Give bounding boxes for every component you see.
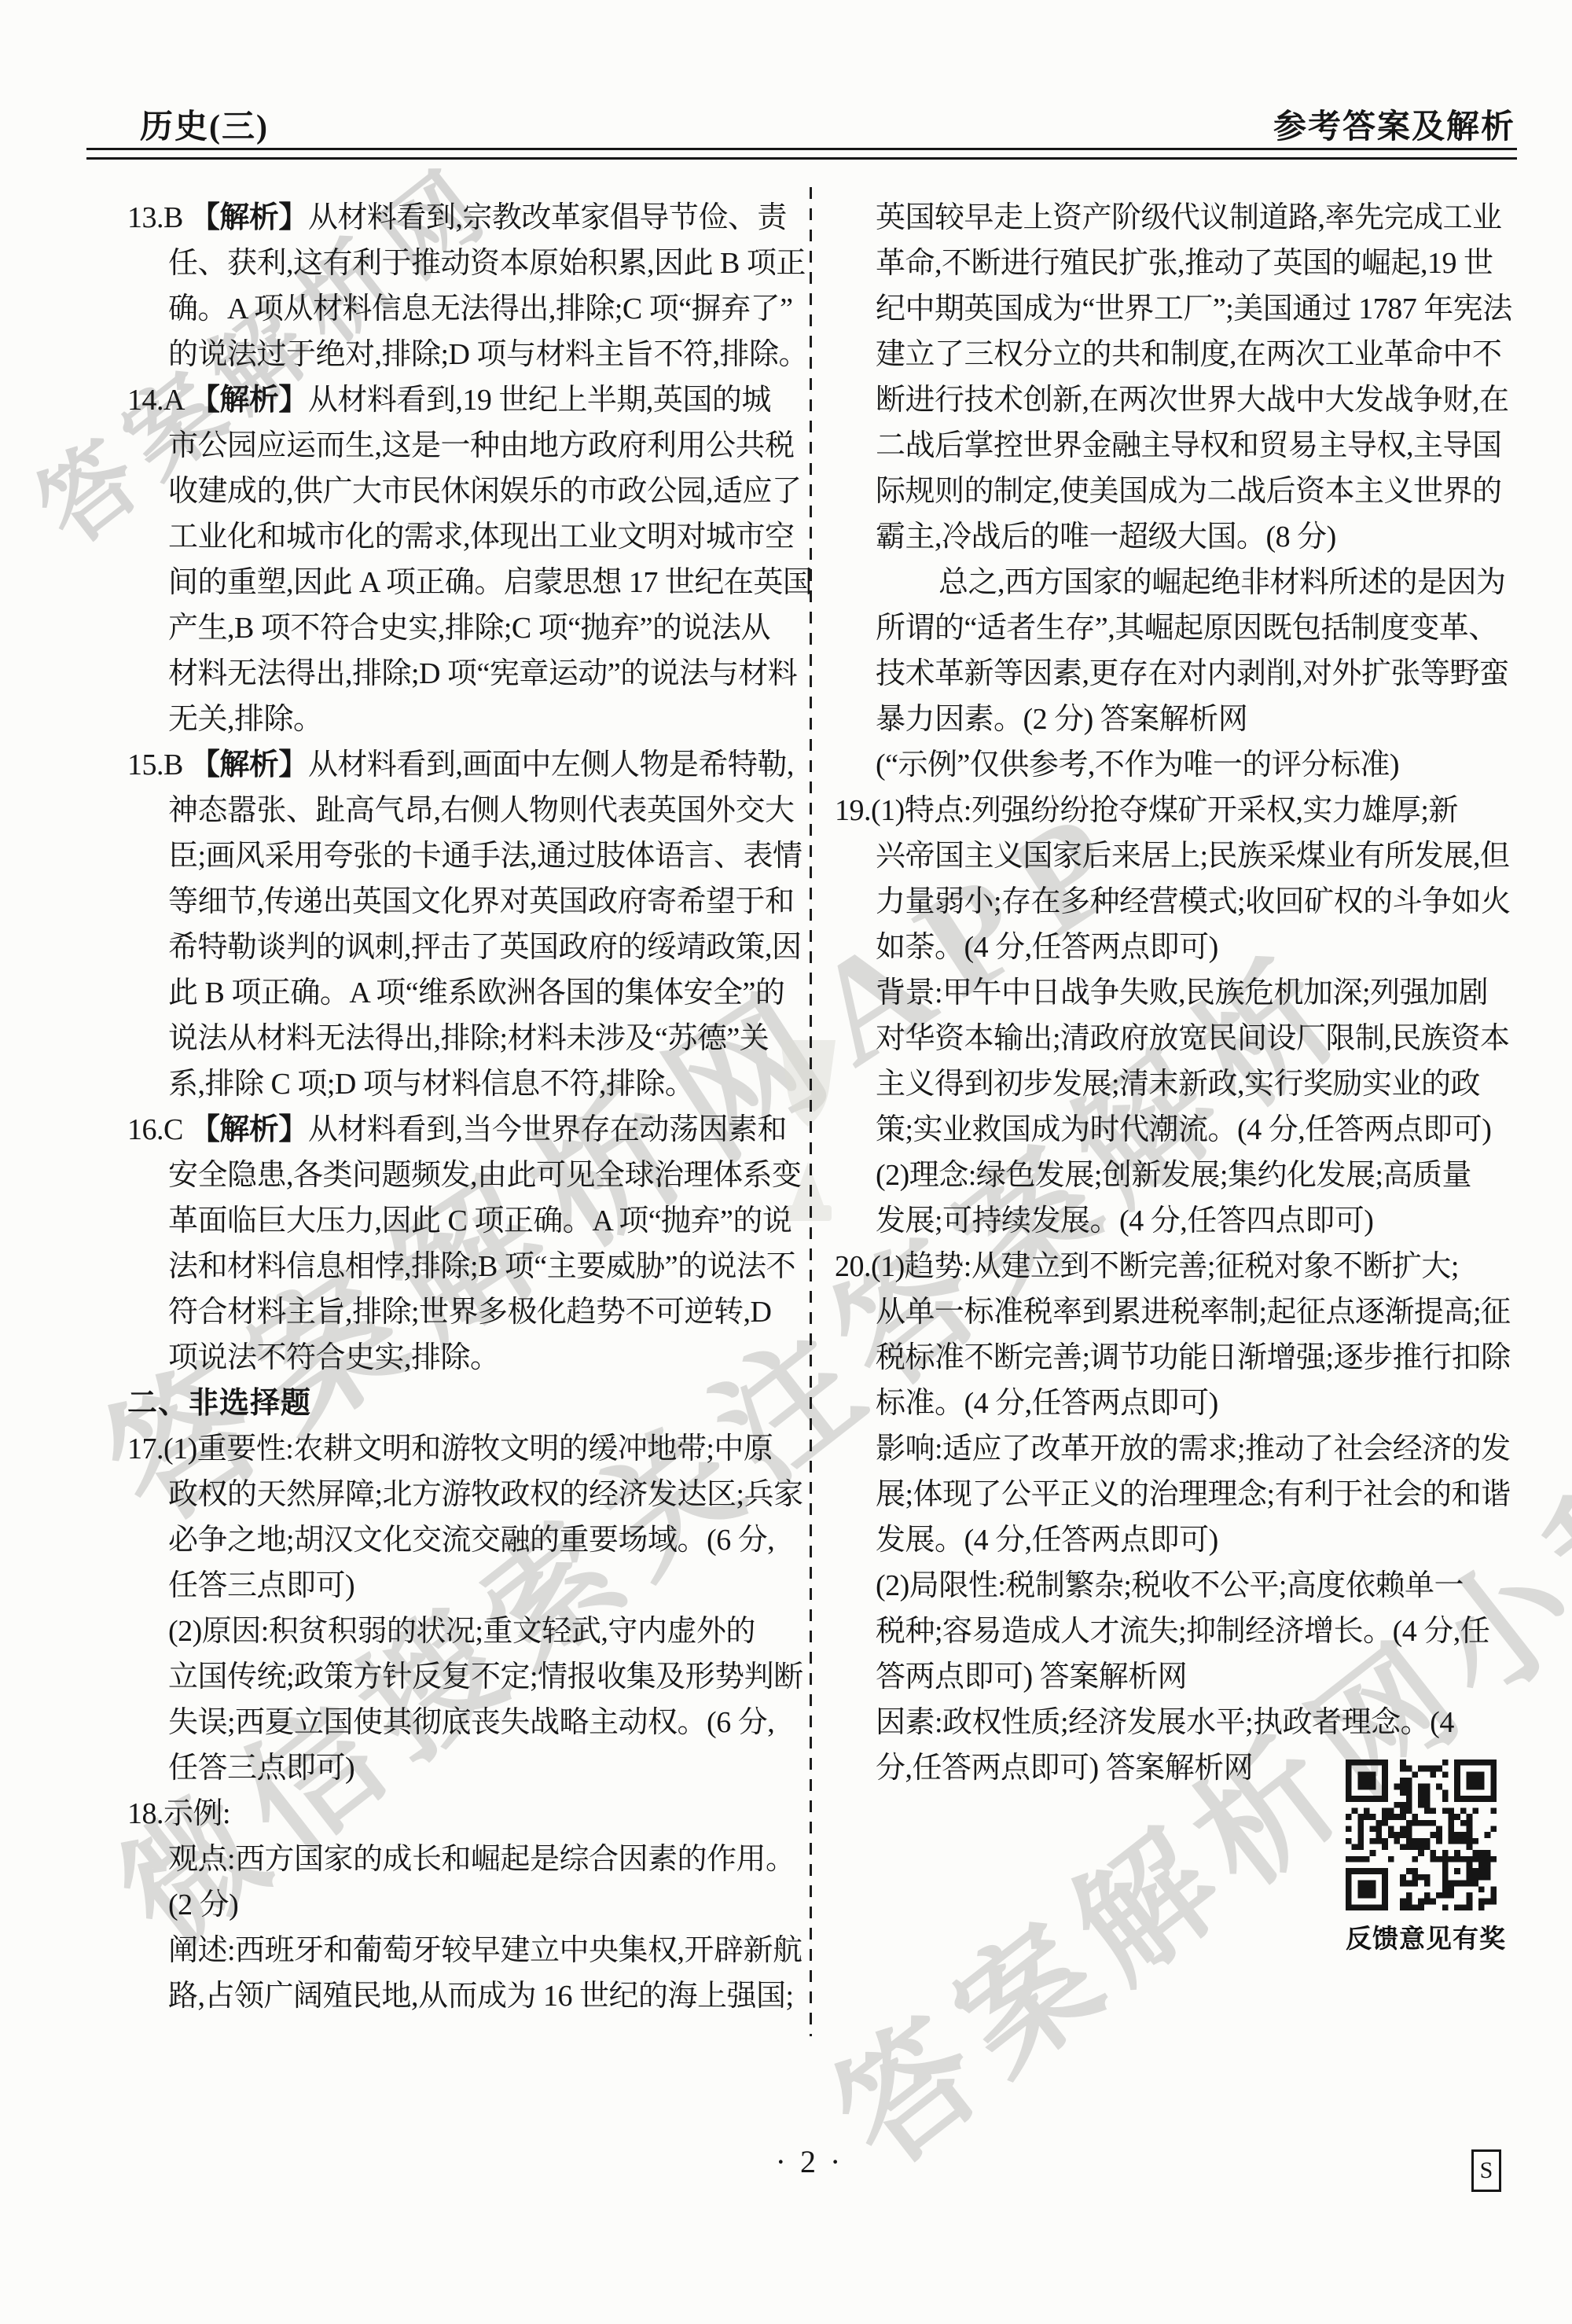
- text-line: 如荼。(4 分,任答两点即可): [835, 925, 1525, 970]
- text-line: 二战后掌控世界金融主导权和贸易主导权,主导国: [835, 423, 1525, 469]
- text-line: (2 分): [127, 1882, 813, 1928]
- text-line: 发展。(4 分,任答两点即可): [835, 1517, 1525, 1563]
- text-line: 对华资本输出;清政府放宽民间设厂限制,民族资本: [835, 1016, 1525, 1061]
- text-line: 失误;西夏立国使其彻底丧失战略主动权。(6 分,: [127, 1700, 813, 1745]
- text-line: 产生,B 项不符合史实,排除;C 项“抛弃”的说法从: [127, 605, 813, 651]
- text-line: 路,占领广阔殖民地,从而成为 16 世纪的海上强国;: [127, 1973, 813, 2019]
- text-line: 革面临巨大压力,因此 C 项正确。A 项“抛弃”的说: [127, 1198, 813, 1244]
- text-line: 税种;容易造成人才流失;抑制经济增长。(4 分,任: [835, 1609, 1525, 1654]
- text-line: 发展;可持续发展。(4 分,任答四点即可): [835, 1198, 1525, 1244]
- text-line: 19.(1)特点:列强纷纷抢夺煤矿开采权,实力雄厚;新: [835, 788, 1525, 833]
- text-line: 间的重塑,因此 A 项正确。启蒙思想 17 世纪在英国: [127, 560, 813, 605]
- text-line: 税标准不断完善;调节功能日渐增强;逐步推行扣除: [835, 1335, 1525, 1381]
- text-line: 标准。(4 分,任答两点即可): [835, 1381, 1525, 1426]
- page-title-left: 历史(三): [140, 101, 269, 148]
- text-line: 材料无法得出,排除;D 项“宪章运动”的说法与材料: [127, 651, 813, 697]
- text-line: 背景:甲午中日战争失败,民族危机加深;列强加剧: [835, 970, 1525, 1016]
- text-line: 观点:西方国家的成长和崛起是综合因素的作用。: [127, 1837, 813, 1882]
- text-line: 因素:政权性质;经济发展水平;执政者理念。(4: [835, 1700, 1525, 1745]
- right-column: 英国较早走上资产阶级代议制道路,率先完成工业革命,不断进行殖民扩张,推动了英国的…: [835, 195, 1525, 1791]
- text-line: 神态嚣张、趾高气昂,右侧人物则代表英国外交大: [127, 788, 813, 833]
- text-line: (2)局限性:税制繁杂;税收不公平;高度依赖单一: [835, 1563, 1525, 1609]
- text-line: 任、获利,这有利于推动资本原始积累,因此 B 项正: [127, 241, 813, 286]
- exam-answer-page: { "header": { "left_title": "历史(三)", "ri…: [0, 0, 1572, 2324]
- text-line: 主义得到初步发展;清末新政,实行奖励实业的政: [835, 1061, 1525, 1107]
- text-line: 霸主,冷战后的唯一超级大国。(8 分): [835, 514, 1525, 560]
- text-line: 系,排除 C 项;D 项与材料信息不符,排除。: [127, 1061, 813, 1107]
- text-line: 确。A 项从材料信息无法得出,排除;C 项“摒弃了”: [127, 286, 813, 332]
- text-line: (2)理念:绿色发展;创新发展;集约化发展;高质量: [835, 1153, 1525, 1198]
- text-line: 等细节,传递出英国文化界对英国政府寄希望于和: [127, 879, 813, 925]
- text-line: 臣;画风采用夸张的卡通手法,通过肢体语言、表情: [127, 833, 813, 879]
- text-line: 必争之地;胡汉文化交流交融的重要场域。(6 分,: [127, 1517, 813, 1563]
- text-line: 力量弱小;存在多种经营模式;收回矿权的斗争如火: [835, 879, 1525, 925]
- text-line: 14.A 【解析】从材料看到,19 世纪上半期,英国的城: [127, 377, 813, 423]
- text-line: 技术革新等因素,更存在对内剥削,对外扩张等野蛮: [835, 651, 1525, 697]
- text-line: 答两点即可) 答案解析网: [835, 1654, 1525, 1700]
- text-line: 策;实业救国成为时代潮流。(4 分,任答两点即可): [835, 1107, 1525, 1153]
- text-line: 无关,排除。: [127, 697, 813, 742]
- qr-code: [1346, 1760, 1497, 1910]
- text-line: 希特勒谈判的讽刺,抨击了英国政府的绥靖政策,因: [127, 925, 813, 970]
- text-line: 17.(1)重要性:农耕文明和游牧文明的缓冲地带;中原: [127, 1426, 813, 1472]
- text-line: 总之,西方国家的崛起绝非材料所述的是因为: [835, 560, 1525, 605]
- page-title-right: 参考答案及解析: [1273, 101, 1515, 148]
- text-line: 20.(1)趋势:从建立到不断完善;征税对象不断扩大;: [835, 1244, 1525, 1289]
- text-line: 任答三点即可): [127, 1745, 813, 1791]
- text-line: 断进行技术创新,在两次世界大战中大发战争财,在: [835, 377, 1525, 423]
- text-line: 展;体现了公平正义的治理理念;有利于社会的和谐: [835, 1472, 1525, 1517]
- text-line: 所谓的“适者生存”,其崛起原因既包括制度变革、: [835, 605, 1525, 651]
- text-line: 际规则的制定,使美国成为二战后资本主义世界的: [835, 469, 1525, 514]
- text-line: (2)原因:积贫积弱的状况;重文轻武,守内虚外的: [127, 1609, 813, 1654]
- text-line: 项说法不符合史实,排除。: [127, 1335, 813, 1381]
- text-line: 法和材料信息相悖,排除;B 项“主要威胁”的说法不: [127, 1244, 813, 1289]
- text-line: 建立了三权分立的共和制度,在两次工业革命中不: [835, 332, 1525, 377]
- text-line: (“示例”仅供参考,不作为唯一的评分标准): [835, 742, 1525, 788]
- text-line: 英国较早走上资产阶级代议制道路,率先完成工业: [835, 195, 1525, 241]
- text-line: 兴帝国主义国家后来居上;民族采煤业有所发展,但: [835, 833, 1525, 879]
- qr-caption: 反馈意见有奖: [1346, 1918, 1497, 1955]
- text-line: 16.C 【解析】从材料看到,当今世界存在动荡因素和: [127, 1107, 813, 1153]
- text-line: 此 B 项正确。A 项“维系欧洲各国的集体安全”的: [127, 970, 813, 1016]
- text-line: 立国传统;政策方针反复不定;情报收集及形势判断: [127, 1654, 813, 1700]
- left-column: 13.B 【解析】从材料看到,宗教改革家倡导节俭、责任、获利,这有利于推动资本原…: [127, 195, 813, 2019]
- text-line: 的说法过于绝对,排除;D 项与材料主旨不符,排除。: [127, 332, 813, 377]
- text-line: 说法从材料无法得出,排除;材料未涉及“苏德”关: [127, 1016, 813, 1061]
- text-line: 符合材料主旨,排除;世界多极化趋势不可逆转,D: [127, 1289, 813, 1335]
- text-line: 13.B 【解析】从材料看到,宗教改革家倡导节俭、责: [127, 195, 813, 241]
- text-line: 工业化和城市化的需求,体现出工业文明对城市空: [127, 514, 813, 560]
- text-line: 影响:适应了改革开放的需求;推动了社会经济的发: [835, 1426, 1525, 1472]
- text-line: 二、非选择题: [127, 1381, 813, 1426]
- text-line: 安全隐患,各类问题频发,由此可见全球治理体系变: [127, 1153, 813, 1198]
- text-line: 收建成的,供广大市民休闲娱乐的市政公园,适应了: [127, 469, 813, 514]
- page-number: · 2 ·: [731, 2143, 888, 2180]
- text-line: 暴力因素。(2 分) 答案解析网: [835, 697, 1525, 742]
- qr-panel: 反馈意见有奖: [1346, 1760, 1497, 1955]
- text-line: 市公园应运而生,这是一种由地方政府利用公共税: [127, 423, 813, 469]
- text-line: 革命,不断进行殖民扩张,推动了英国的崛起,19 世: [835, 241, 1525, 286]
- text-line: 任答三点即可): [127, 1563, 813, 1609]
- corner-mark: S: [1471, 2149, 1501, 2192]
- text-line: 15.B 【解析】从材料看到,画面中左侧人物是希特勒,: [127, 742, 813, 788]
- text-line: 政权的天然屏障;北方游牧政权的经济发达区;兵家: [127, 1472, 813, 1517]
- text-line: 18.示例:: [127, 1791, 813, 1837]
- header-double-rule: [86, 148, 1517, 160]
- text-line: 纪中期英国成为“世界工厂”;美国通过 1787 年宪法: [835, 286, 1525, 332]
- text-line: 阐述:西班牙和葡萄牙较早建立中央集权,开辟新航: [127, 1928, 813, 1973]
- text-line: 从单一标准税率到累进税率制;起征点逐渐提高;征: [835, 1289, 1525, 1335]
